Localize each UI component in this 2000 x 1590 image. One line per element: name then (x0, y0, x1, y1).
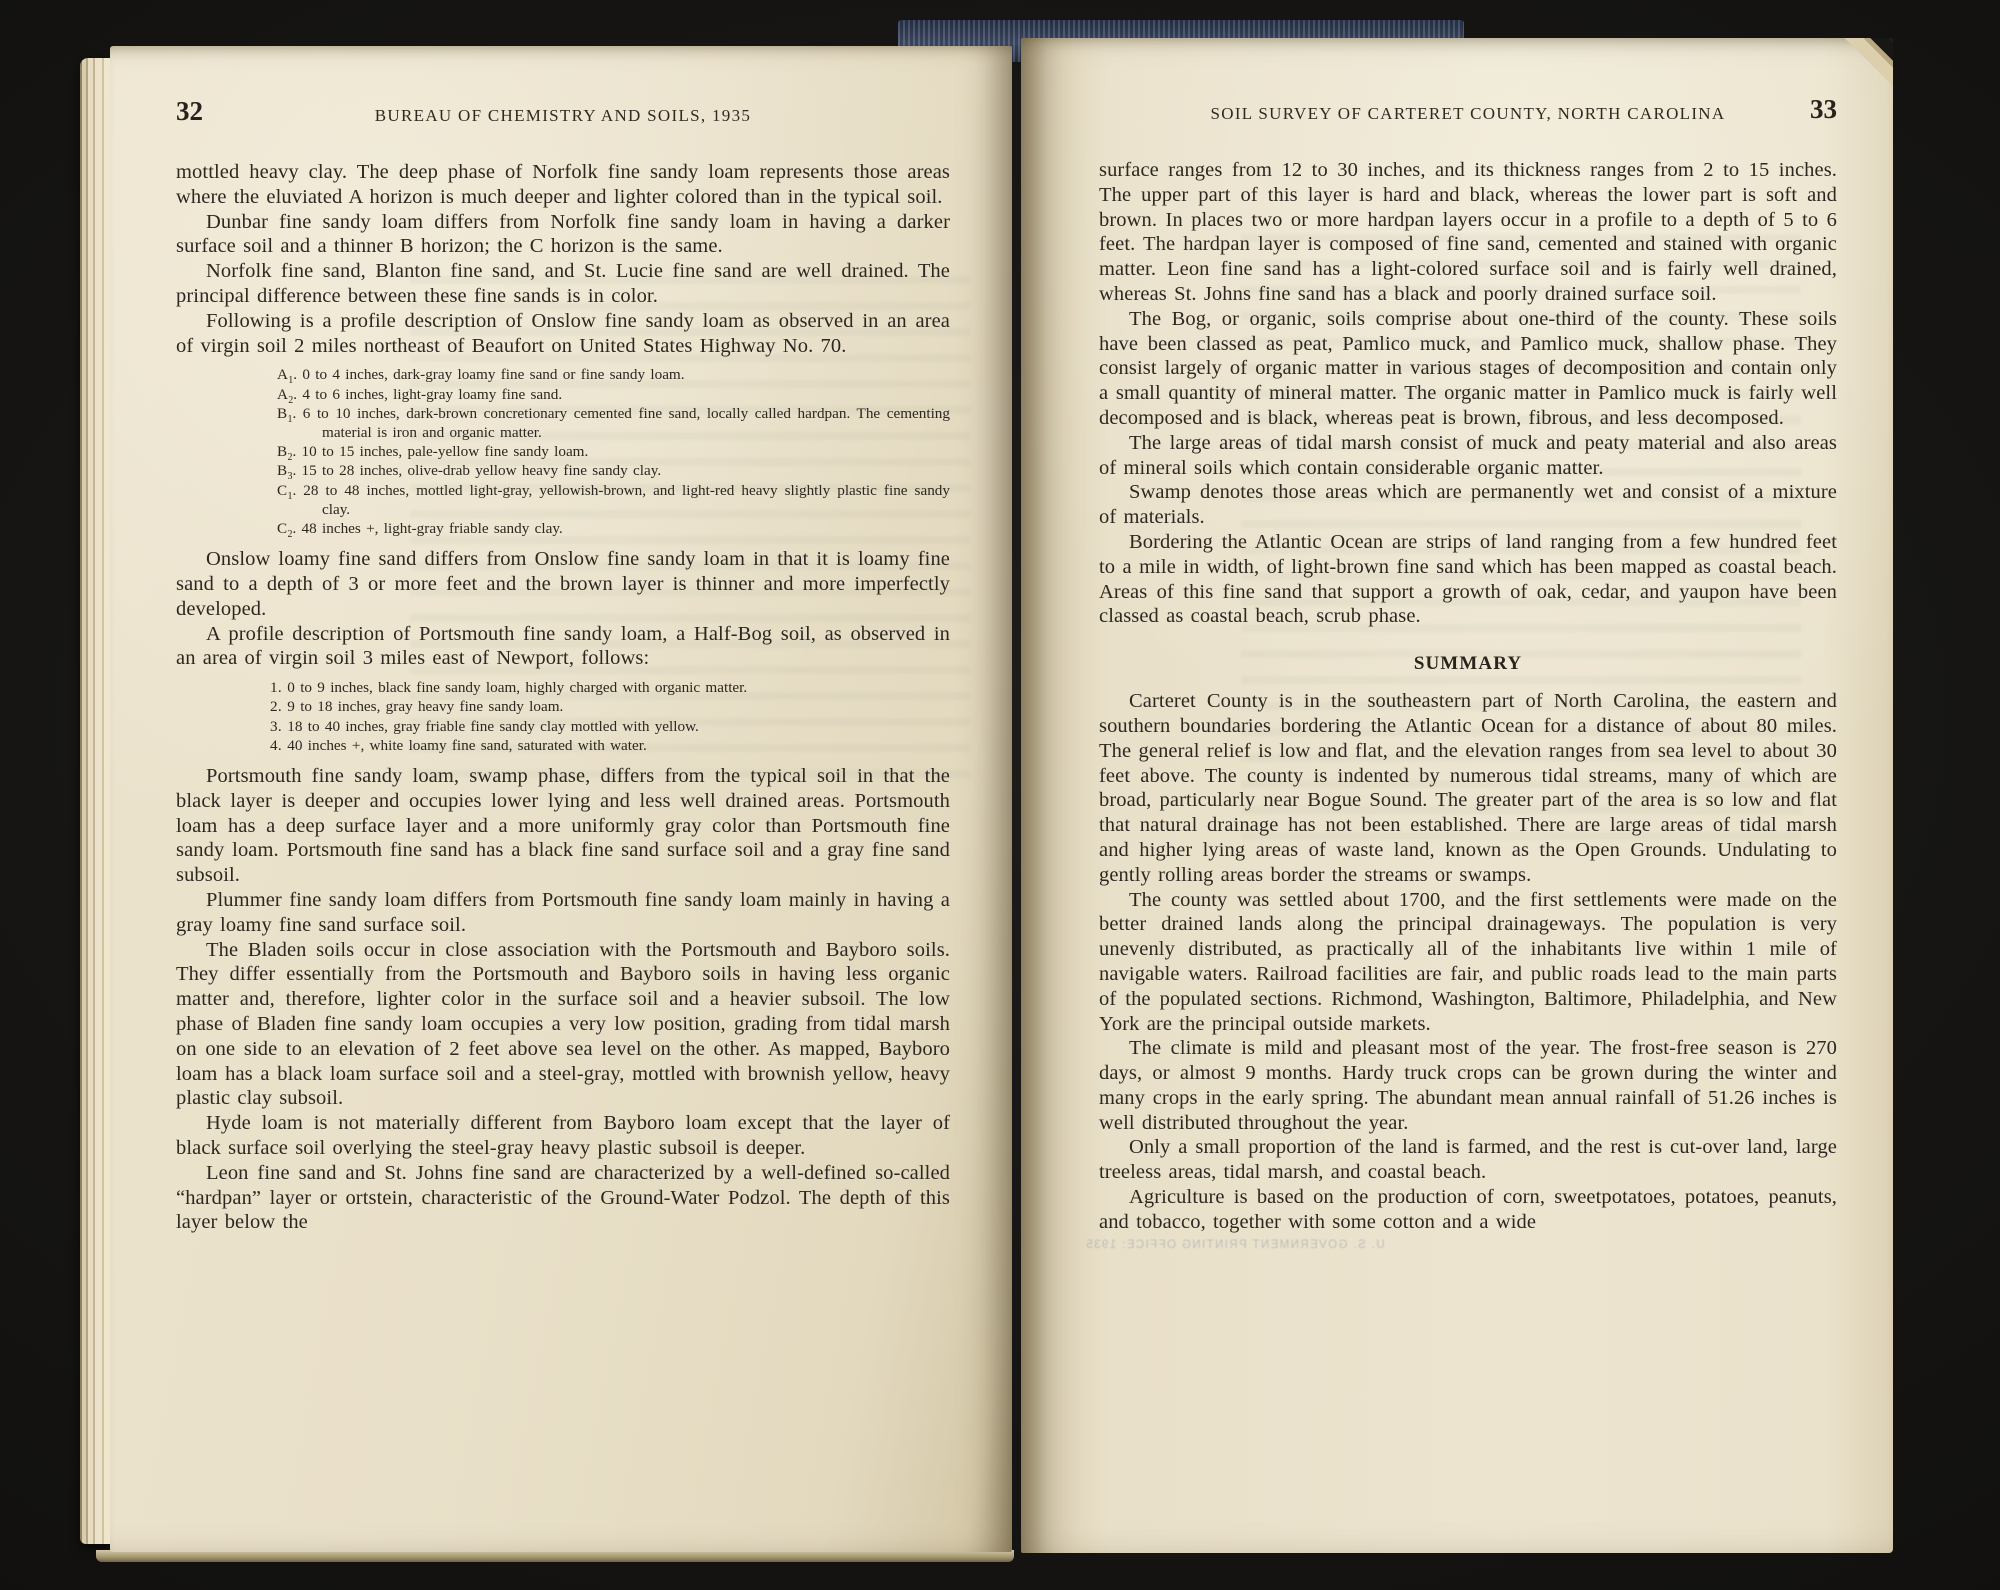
paragraph: Hyde loam is not materially different fr… (176, 1111, 950, 1161)
layer-description: 40 inches +, white loamy fine sand, satu… (282, 737, 647, 754)
left-running-head-row: 32 BUREAU OF CHEMISTRY AND SOILS, 1935 (176, 100, 950, 134)
printing-office-imprint-show-through: U. S. GOVERNMENT PRINTING OFFICE: 1935 (1085, 1239, 1385, 1251)
layer-number: 1. (270, 679, 282, 696)
paragraph: Dunbar fine sandy loam differs from Norf… (176, 210, 950, 260)
soil-profile-item: B1. 6 to 10 inches, dark-brown concretio… (176, 404, 950, 442)
paragraph: surface ranges from 12 to 30 inches, and… (1099, 158, 1837, 307)
page-number: 33 (1810, 94, 1837, 125)
layer-description: 0 to 9 inches, black fine sandy loam, hi… (282, 679, 747, 696)
page-number: 32 (176, 96, 203, 127)
soil-profile-item: 4. 40 inches +, white loamy fine sand, s… (176, 736, 950, 755)
horizon-description: 4 to 6 inches, light-gray loamy fine san… (297, 386, 562, 403)
paragraph: Leon fine sand and St. Johns fine sand a… (176, 1161, 950, 1235)
horizon-label: C (277, 482, 287, 499)
horizon-label: A (277, 366, 288, 383)
soil-profile-item: C1. 28 to 48 inches, mottled light-gray,… (176, 481, 950, 519)
open-book-scan: 32 BUREAU OF CHEMISTRY AND SOILS, 1935 m… (0, 0, 2000, 1590)
layer-number: 3. (270, 718, 282, 735)
paragraph: Only a small proportion of the land is f… (1099, 1135, 1837, 1185)
soil-profile-item: 1. 0 to 9 inches, black fine sandy loam,… (176, 678, 950, 697)
paragraph: The climate is mild and pleasant most of… (1099, 1036, 1837, 1135)
page-left: 32 BUREAU OF CHEMISTRY AND SOILS, 1935 m… (110, 46, 1012, 1552)
paragraph: The Bladen soils occur in close associat… (176, 938, 950, 1112)
paragraph: Following is a profile description of On… (176, 309, 950, 359)
paragraph: Carteret County is in the southeastern p… (1099, 689, 1837, 887)
paragraph: A profile description of Portsmouth fine… (176, 622, 950, 672)
paragraph: The county was settled about 1700, and t… (1099, 888, 1837, 1037)
page-left-content: 32 BUREAU OF CHEMISTRY AND SOILS, 1935 m… (110, 46, 1012, 1235)
layer-number: 2. (270, 698, 282, 715)
soil-profile-item: A1. 0 to 4 inches, dark-gray loamy fine … (176, 365, 950, 384)
layer-description: 18 to 40 inches, gray friable fine sandy… (282, 718, 699, 735)
horizon-label: B (277, 405, 287, 422)
paragraph: Swamp denotes those areas which are perm… (1099, 480, 1837, 530)
layer-number: 4. (270, 737, 282, 754)
soil-profile-item: B2. 10 to 15 inches, pale-yellow fine sa… (176, 442, 950, 461)
horizon-description: 48 inches +, light-gray friable sandy cl… (296, 520, 562, 537)
soil-profile-item: A2. 4 to 6 inches, light-gray loamy fine… (176, 385, 950, 404)
right-running-head-row: SOIL SURVEY OF CARTERET COUNTY, NORTH CA… (1099, 98, 1837, 132)
paragraph: mottled heavy clay. The deep phase of No… (176, 160, 950, 210)
horizon-label: B (277, 462, 287, 479)
running-head: SOIL SURVEY OF CARTERET COUNTY, NORTH CA… (1099, 98, 1837, 124)
paragraph: Bordering the Atlantic Ocean are strips … (1099, 530, 1837, 629)
horizon-description: 10 to 15 inches, pale-yellow fine sandy … (296, 443, 588, 460)
soil-profile-item: B3. 15 to 28 inches, olive-drab yellow h… (176, 461, 950, 480)
soil-profile-item: C2. 48 inches +, light-gray friable sand… (176, 519, 950, 538)
paragraph: Agriculture is based on the production o… (1099, 1185, 1837, 1235)
page-edges-stack (80, 58, 112, 1544)
paragraph: Plummer fine sandy loam differs from Por… (176, 888, 950, 938)
summary-section-heading: SUMMARY (1099, 653, 1837, 675)
paragraph: The Bog, or organic, soils comprise abou… (1099, 307, 1837, 431)
layer-description: 9 to 18 inches, gray heavy fine sandy lo… (282, 698, 563, 715)
paragraph: Norfolk fine sand, Blanton fine sand, an… (176, 259, 950, 309)
running-head: BUREAU OF CHEMISTRY AND SOILS, 1935 (176, 100, 950, 126)
portsmouth-soil-profile-list: 1. 0 to 9 inches, black fine sandy loam,… (176, 678, 950, 755)
horizon-description: 28 to 48 inches, mottled light-gray, yel… (296, 482, 950, 518)
page-right-content: SOIL SURVEY OF CARTERET COUNTY, NORTH CA… (1021, 38, 1893, 1253)
horizon-label: A (277, 386, 288, 403)
soil-profile-item: 2. 9 to 18 inches, gray heavy fine sandy… (176, 697, 950, 716)
horizon-description: 6 to 10 inches, dark-brown concretionary… (296, 405, 950, 441)
horizon-label: B (277, 443, 287, 460)
onslow-soil-profile-list: A1. 0 to 4 inches, dark-gray loamy fine … (176, 365, 950, 538)
paragraph: Onslow loamy fine sand differs from Onsl… (176, 547, 950, 621)
paragraph: The large areas of tidal marsh consist o… (1099, 431, 1837, 481)
page-right: SOIL SURVEY OF CARTERET COUNTY, NORTH CA… (1021, 38, 1893, 1553)
horizon-label: C (277, 520, 287, 537)
horizon-description: 15 to 28 inches, olive-drab yellow heavy… (296, 462, 661, 479)
paragraph: Portsmouth fine sandy loam, swamp phase,… (176, 764, 950, 888)
horizon-description: 0 to 4 inches, dark-gray loamy fine sand… (297, 366, 684, 383)
soil-profile-item: 3. 18 to 40 inches, gray friable fine sa… (176, 717, 950, 736)
